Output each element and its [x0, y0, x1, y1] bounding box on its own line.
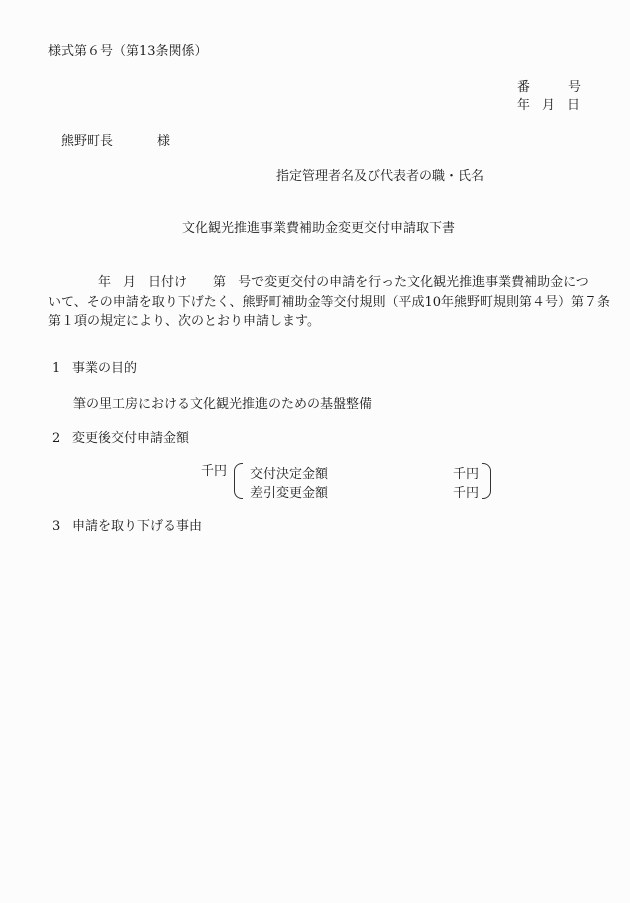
section-2-number: 2: [52, 432, 72, 445]
applicant-label: 指定管理者名及び代表者の職・氏名: [276, 170, 484, 183]
section-3-number: 3: [52, 520, 72, 533]
addressee: 熊野町長様: [61, 135, 170, 148]
section-3-title: 申請を取り下げる事由: [72, 519, 202, 534]
section-3-heading: 3申請を取り下げる事由: [52, 520, 202, 533]
section-1-content: 筆の里工房における文化観光推進のための基盤整備: [73, 398, 372, 411]
body-line-3: 第１項の規定により、次のとおり申請します。: [48, 312, 588, 332]
section-1-number: 1: [52, 362, 72, 375]
breakdown-unit: 千円: [453, 465, 479, 484]
body-line-1-rest: 号で変更交付の申請を行った文化観光推進事業費補助金につ: [238, 275, 589, 290]
body-month: 月: [123, 275, 136, 290]
date-year-label: 年: [517, 98, 530, 113]
breakdown-label: 交付決定金額: [250, 467, 328, 482]
section-2-title: 変更後交付申請金額: [72, 431, 189, 446]
right-bracket: [482, 463, 491, 499]
addressee-name: 熊野町長: [61, 134, 113, 149]
section-1-heading: 1事業の目的: [52, 362, 137, 375]
body-dai: 第: [213, 275, 226, 290]
body-day-dated: 日付け: [148, 275, 187, 290]
reference-go-label: 号: [568, 81, 581, 94]
body-year: 年: [98, 275, 111, 290]
form-number: 様式第６号（第13条関係）: [48, 45, 208, 58]
breakdown-unit: 千円: [453, 484, 479, 503]
body-line-1: 年月日付け第号で変更交付の申請を行った文化観光推進事業費補助金につ: [48, 273, 588, 293]
body-paragraph: 年月日付け第号で変更交付の申請を行った文化観光推進事業費補助金につ いて、その申…: [48, 273, 588, 332]
amount-total-unit: 千円: [201, 465, 227, 478]
left-bracket: [234, 463, 243, 499]
section-1-title: 事業の目的: [72, 361, 137, 376]
breakdown-label: 差引変更金額: [250, 486, 328, 501]
reference-ban-label: 番: [517, 81, 530, 94]
date-month-label: 月: [542, 98, 555, 113]
breakdown-row: 交付決定金額 千円: [250, 465, 480, 484]
reference-date: 年月日: [517, 99, 580, 112]
date-day-label: 日: [567, 98, 580, 113]
reference-number: 番号: [517, 81, 581, 94]
breakdown-row: 差引変更金額 千円: [250, 484, 480, 503]
addressee-honorific: 様: [157, 134, 170, 149]
body-line-2: いて、その申請を取り下げたく、熊野町補助金等交付規則（平成10年熊野町規則第４号…: [48, 293, 588, 313]
document-title: 文化観光推進事業費補助金変更交付申請取下書: [182, 222, 455, 235]
amount-breakdown: 交付決定金額 千円 差引変更金額 千円: [250, 465, 480, 503]
section-2-heading: 2変更後交付申請金額: [52, 432, 189, 445]
